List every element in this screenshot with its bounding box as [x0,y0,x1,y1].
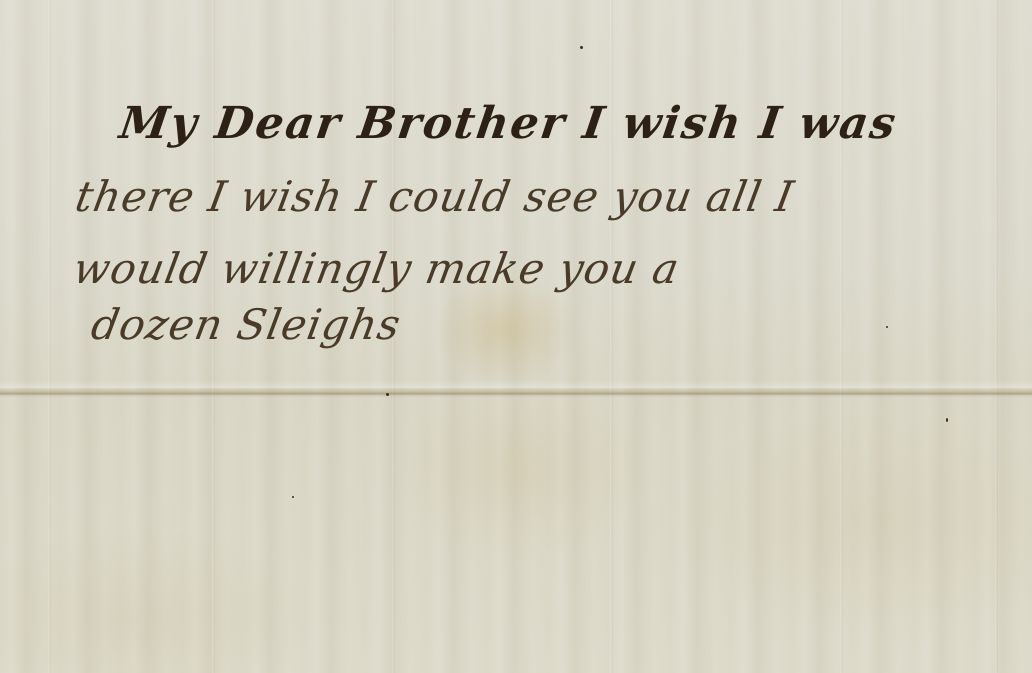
letter-page: My Dear Brother I wish I was there I wis… [0,0,1032,673]
handwritten-text: My Dear Brother I wish I was there I wis… [0,0,1032,673]
letter-line-2: there I wish I could see you all I [72,172,798,221]
letter-line-3: would willingly make you a [70,244,684,293]
letter-line-1: My Dear Brother I wish I was [116,98,900,149]
letter-line-4: dozen Sleighs [88,300,405,349]
